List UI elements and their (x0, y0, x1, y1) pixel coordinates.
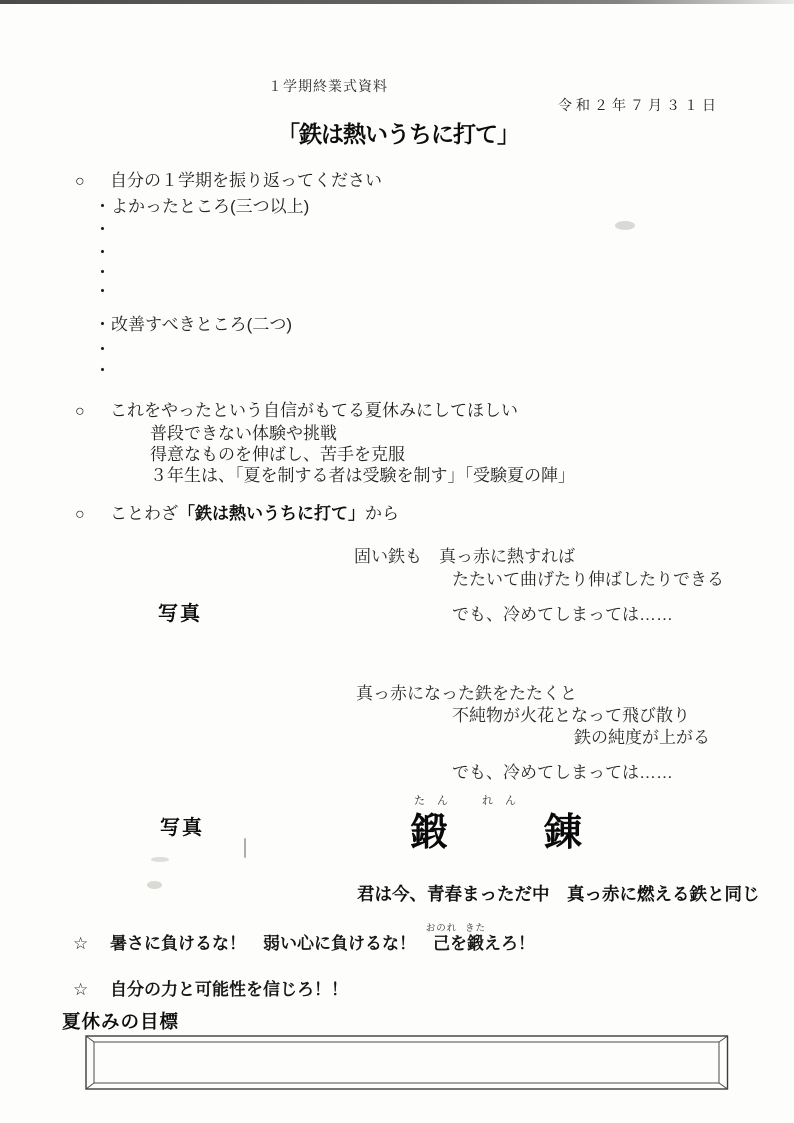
summer-heading-text: これをやったという自信がもてる夏休みにしてほしい (110, 401, 518, 420)
circle-marker-icon: ○ (75, 505, 110, 525)
proverb-quote: 「鉄は熱いうちに打て」 (178, 504, 365, 523)
summer-goal-heading: 夏休みの目標 (62, 1010, 179, 1033)
star-icon: ☆ (73, 979, 110, 1000)
iron-hot-line-3: でも、冷めてしまっては…… (452, 604, 673, 625)
kanji-onore: 己 (433, 934, 450, 953)
empty-bullet: ・ (94, 281, 111, 302)
circle-marker-icon: ○ (75, 402, 110, 422)
star-icon: ☆ (73, 933, 110, 954)
kanji-kitae: 鍛 (467, 934, 484, 953)
section-reflection-heading: ○自分の１学期を振り返ってください (75, 170, 382, 192)
scan-edge-artifact (0, 0, 794, 4)
scan-line-artifact (244, 838, 246, 858)
empty-bullet: ・ (94, 360, 111, 381)
summer-goal-writing-box (85, 1035, 729, 1097)
photo-placeholder-label-1: 写真 (158, 602, 202, 627)
summer-line-1: 普段できない体験や挑戦 (150, 423, 337, 444)
empty-bullet: ・ (94, 219, 111, 240)
photo-placeholder-label-2: 写真 (160, 816, 204, 841)
good-points-label: ・よかったところ(三つ以上) (94, 196, 309, 217)
document-type-label: １学期終業式資料 (268, 78, 388, 96)
empty-bullet: ・ (94, 242, 111, 263)
star-line-1: ☆暑さに負けるな！ 弱い心に負けるな！ おのれ己をきた鍛えろ！ (73, 933, 535, 954)
iron-hammer-line-1: 真っ赤になった鉄をたたくと (356, 683, 577, 704)
tanren-furigana-ren: れん (482, 795, 528, 809)
tanren-kanji-heading: 鍛 錬 (410, 810, 611, 858)
section-proverb-heading: ○ことわざ「鉄は熱いうちに打て」から (75, 503, 399, 525)
improve-points-label: ・改善すべきところ(二つ) (94, 314, 292, 335)
iron-hammer-line-4: でも、冷めてしまっては…… (452, 762, 673, 783)
tanren-furigana-tan: たん (414, 795, 460, 809)
summer-line-3: ３年生は、「夏を制する者は受験を制す」「受験夏の陣」 (150, 465, 575, 486)
proverb-prefix: ことわざ (110, 504, 178, 523)
star1-text-mid: を (450, 934, 467, 953)
star1-text-before: 暑さに負けるな！ 弱い心に負けるな！ (110, 934, 433, 953)
iron-hot-line-2: たたいて曲げたり伸ばしたりできる (452, 569, 724, 590)
iron-hammer-line-2: 不純物が火花となって飛び散り (452, 705, 690, 726)
reflection-heading-text: 自分の１学期を振り返ってください (110, 171, 382, 190)
scan-smudge-artifact (615, 221, 635, 230)
proverb-suffix: から (365, 504, 399, 523)
iron-hammer-line-3: 鉄の純度が上がる (574, 727, 710, 748)
iron-hot-line-1: 固い鉄も 真っ赤に熱すれば (354, 546, 575, 567)
star1-text-after: えろ！ (484, 934, 535, 953)
summer-line-2: 得意なものを伸ばし、苦手を克服 (150, 444, 405, 465)
star2-text: 自分の力と可能性を信じろ！！ (110, 980, 348, 999)
scan-smudge-artifact (151, 857, 169, 862)
section-summer-heading: ○これをやったという自信がもてる夏休みにしてほしい (75, 400, 518, 422)
scan-smudge-artifact (147, 881, 162, 889)
goal-box-frame (85, 1035, 729, 1091)
youth-iron-slogan: 君は今、青春まっただ中 真っ赤に燃える鉄と同じ (357, 884, 760, 906)
ruby-onore: おのれ己 (433, 933, 450, 954)
circle-marker-icon: ○ (75, 172, 110, 192)
star-line-2: ☆自分の力と可能性を信じろ！！ (73, 979, 348, 1000)
ruby-kitae: きた鍛 (467, 933, 484, 954)
furigana-onore: おのれ (426, 923, 458, 935)
scanned-document-page: １学期終業式資料 令和２年７月３１日 「鉄は熱いうちに打て」 ○自分の１学期を振… (0, 0, 794, 1123)
empty-bullet: ・ (94, 339, 111, 360)
furigana-kita: きた (465, 923, 486, 935)
document-date: 令和２年７月３１日 (558, 97, 720, 115)
document-title: 「鉄は熱いうちに打て」 (277, 120, 519, 149)
